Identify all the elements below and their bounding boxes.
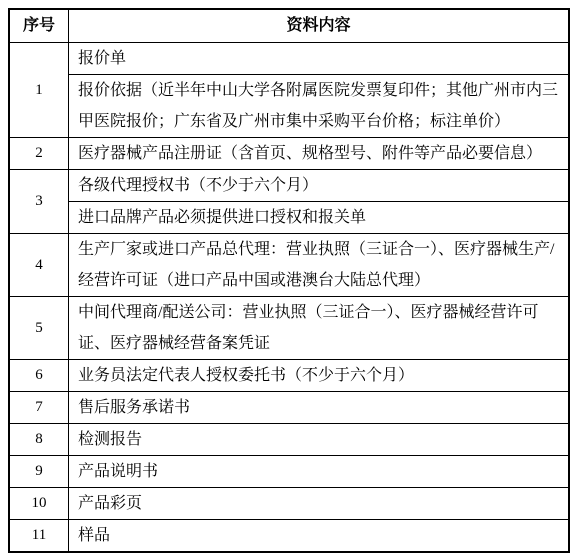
- table-row: 4生产厂家或进口产品总代理：营业执照（三证合一）、医疗器械生产/经营许可证（进口…: [9, 234, 569, 297]
- row-number-cell: 8: [9, 424, 69, 456]
- row-content-cell: 报价单: [69, 43, 570, 75]
- row-content-cell: 进口品牌产品必须提供进口授权和报关单: [69, 202, 570, 234]
- table-row: 8检测报告: [9, 424, 569, 456]
- row-content-cell: 生产厂家或进口产品总代理：营业执照（三证合一）、医疗器械生产/经营许可证（进口产…: [69, 234, 570, 297]
- row-content-cell: 产品说明书: [69, 456, 570, 488]
- materials-table-header: 序号 资料内容: [9, 9, 569, 43]
- row-number-cell: 5: [9, 297, 69, 360]
- table-row: 6业务员法定代表人授权委托书（不少于六个月）: [9, 360, 569, 392]
- row-content-cell: 中间代理商/配送公司：营业执照（三证合一）、医疗器械经营许可证、医疗器械经营备案…: [69, 297, 570, 360]
- header-cell-serial-number: 序号: [9, 9, 69, 43]
- table-row: 9产品说明书: [9, 456, 569, 488]
- row-content-cell: 业务员法定代表人授权委托书（不少于六个月）: [69, 360, 570, 392]
- table-row: 报价依据（近半年中山大学各附属医院发票复印件；其他广州市内三甲医院报价；广东省及…: [9, 75, 569, 138]
- table-row: 进口品牌产品必须提供进口授权和报关单: [9, 202, 569, 234]
- table-row: 11样品: [9, 520, 569, 553]
- materials-table-body: 1报价单报价依据（近半年中山大学各附属医院发票复印件；其他广州市内三甲医院报价；…: [9, 43, 569, 553]
- table-row: 3各级代理授权书（不少于六个月）: [9, 170, 569, 202]
- row-number-cell: 10: [9, 488, 69, 520]
- row-number-cell: 1: [9, 43, 69, 138]
- table-row: 7售后服务承诺书: [9, 392, 569, 424]
- row-number-cell: 4: [9, 234, 69, 297]
- row-number-cell: 2: [9, 138, 69, 170]
- row-number-cell: 9: [9, 456, 69, 488]
- table-row: 5中间代理商/配送公司：营业执照（三证合一）、医疗器械经营许可证、医疗器械经营备…: [9, 297, 569, 360]
- row-content-cell: 售后服务承诺书: [69, 392, 570, 424]
- row-number-cell: 6: [9, 360, 69, 392]
- row-content-cell: 产品彩页: [69, 488, 570, 520]
- row-content-cell: 各级代理授权书（不少于六个月）: [69, 170, 570, 202]
- table-row: 1报价单: [9, 43, 569, 75]
- row-number-cell: 3: [9, 170, 69, 234]
- row-content-cell: 样品: [69, 520, 570, 553]
- row-number-cell: 7: [9, 392, 69, 424]
- row-content-cell: 医疗器械产品注册证（含首页、规格型号、附件等产品必要信息）: [69, 138, 570, 170]
- row-content-cell: 检测报告: [69, 424, 570, 456]
- document-page: 序号 资料内容 1报价单报价依据（近半年中山大学各附属医院发票复印件；其他广州市…: [0, 0, 577, 557]
- row-number-cell: 11: [9, 520, 69, 553]
- header-cell-material-content: 资料内容: [69, 9, 570, 43]
- row-content-cell: 报价依据（近半年中山大学各附属医院发票复印件；其他广州市内三甲医院报价；广东省及…: [69, 75, 570, 138]
- materials-table: 序号 资料内容 1报价单报价依据（近半年中山大学各附属医院发票复印件；其他广州市…: [8, 8, 570, 553]
- header-row: 序号 资料内容: [9, 9, 569, 43]
- table-row: 2医疗器械产品注册证（含首页、规格型号、附件等产品必要信息）: [9, 138, 569, 170]
- table-row: 10产品彩页: [9, 488, 569, 520]
